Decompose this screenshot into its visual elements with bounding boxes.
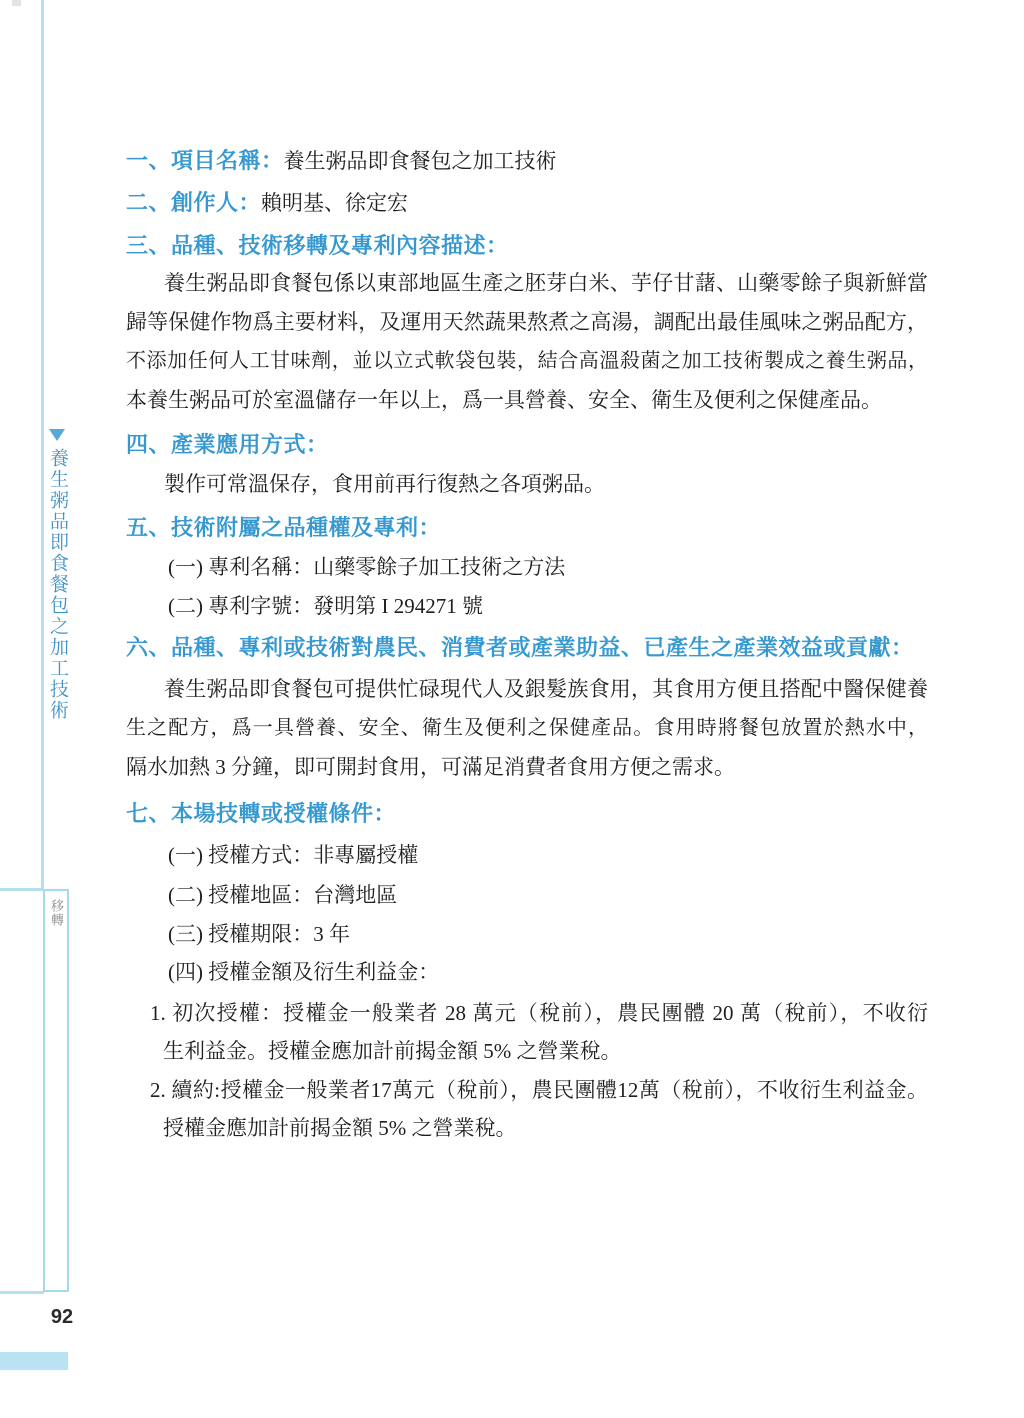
section-1-row: 一、項目名稱：養生粥品即食餐包之加工技術	[126, 147, 928, 177]
section-2-heading: 二、創作人：	[126, 190, 261, 215]
left-rail-connector-top	[0, 888, 44, 891]
section-6-heading: 六、品種、專利或技術對農民、消費者或產業助益、已產生之產業效益或貢獻：	[126, 634, 928, 664]
section-6-paragraph-line-1: 養生粥品即食餐包可提供忙碌現代人及銀髮族食用，其食用方便且搭配中醫保健養	[126, 675, 928, 705]
section-6-paragraph-line-3: 隔水加熱 3 分鐘，即可開封食用，可滿足消費者食用方便之需求。	[126, 753, 928, 783]
page-number: 92	[44, 1306, 80, 1329]
section-2-row: 二、創作人：賴明基、徐定宏	[126, 189, 928, 219]
section-4-heading: 四、產業應用方式：	[126, 431, 928, 461]
section-7-numbered-1-line-1: 1. 初次授權：授權金一般業者 28 萬元（稅前），農民團體 20 萬（稅前），…	[150, 999, 928, 1029]
sidebar-series-box: 花蓮區農業改良場97，103年研發成果專輯-品種、專利及技術移轉	[43, 889, 69, 1292]
section-7-numbered-2-line-2: 授權金應加計前揭金額 5% 之營業稅。	[163, 1114, 928, 1144]
section-6-paragraph-line-2: 生之配方，爲一具營養、安全、衛生及便利之保健產品。食用時將餐包放置於熱水中，	[126, 714, 928, 744]
section-3-heading: 三、品種、技術移轉及專利內容描述：	[126, 232, 928, 262]
sidebar-series-text: 花蓮區農業改良場97，103年研發成果專輯-品種、專利及技術移轉	[45, 899, 69, 1284]
section-7-item-3: (三) 授權期限：3 年	[168, 920, 928, 950]
document-page: 養生粥品即食餐包之加工技術 花蓮區農業改良場97，103年研發成果專輯-品種、專…	[0, 0, 1024, 1418]
footer-accent-bar	[0, 1352, 68, 1370]
section-5-heading: 五、技術附屬之品種權及專利：	[126, 514, 928, 544]
section-7-numbered-2-line-1: 2. 續約:授權金一般業者17萬元（稅前），農民團體12萬（稅前），不收衍生利益…	[150, 1076, 928, 1106]
section-7-item-4: (四) 授權金額及衍生利益金：	[168, 958, 928, 988]
sidebar-chapter-title: 養生粥品即食餐包之加工技術	[44, 448, 71, 748]
left-rail-line	[41, 0, 44, 889]
section-4-body: 製作可常溫保存，食用前再行復熱之各項粥品。	[126, 470, 928, 500]
section-1-value: 養生粥品即食餐包之加工技術	[284, 149, 557, 173]
section-7-heading: 七、本場技轉或授權條件：	[126, 800, 928, 830]
section-2-value: 賴明基、徐定宏	[261, 191, 408, 215]
section-5-item-2: (二) 專利字號：發明第 I 294271 號	[168, 592, 928, 622]
section-1-heading: 一、項目名稱：	[126, 148, 284, 173]
section-5-item-1: (一) 專利名稱：山藥零餘子加工技術之方法	[168, 553, 928, 583]
section-3-paragraph-line-3: 不添加任何人工甘味劑，並以立式軟袋包裝，結合高溫殺菌之加工技術製成之養生粥品，	[126, 347, 928, 377]
triangle-down-icon	[49, 429, 65, 441]
section-3-paragraph-line-1: 養生粥品即食餐包係以東部地區生產之胚芽白米、芋仔甘藷、山藥零餘子與新鮮當	[126, 269, 928, 299]
section-3-paragraph-line-2: 歸等保健作物爲主要材料，及運用天然蔬果熬煮之高湯，調配出最佳風味之粥品配方，	[126, 308, 928, 338]
section-7-numbered-1-line-2: 生利益金。授權金應加計前揭金額 5% 之營業稅。	[163, 1037, 928, 1067]
section-7-item-2: (二) 授權地區：台灣地區	[168, 881, 928, 911]
section-7-item-1: (一) 授權方式：非專屬授權	[168, 841, 928, 871]
left-rail-connector-bottom	[0, 1291, 44, 1294]
scan-artifact	[12, 0, 21, 6]
section-3-paragraph-line-4: 本養生粥品可於室溫儲存一年以上，爲一具營養、安全、衛生及便利之保健產品。	[126, 386, 928, 416]
